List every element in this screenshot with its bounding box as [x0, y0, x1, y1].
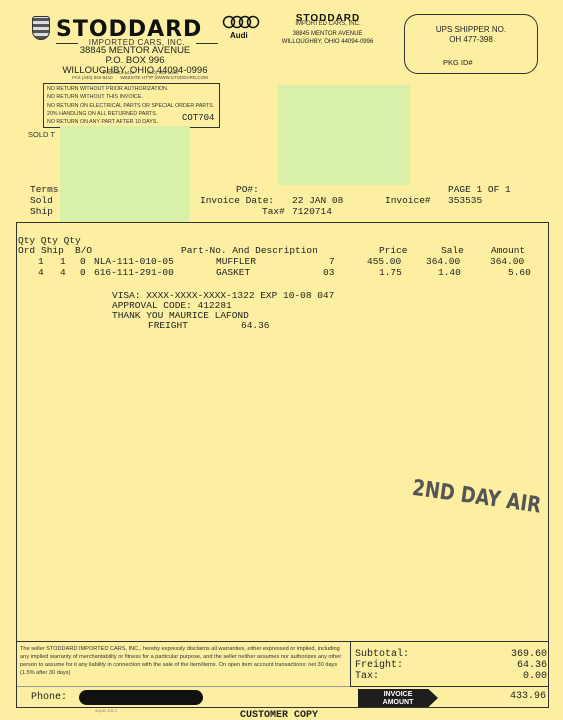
freight-note-label: FREIGHT [148, 321, 188, 331]
col-part-desc: Part-No. And Description [181, 246, 318, 256]
row-amount: 5.60 [508, 268, 531, 278]
redaction-note [278, 85, 410, 185]
row-price: 1.75 [379, 268, 402, 278]
footer-box: The seller STODDARD IMPORTED CARS, INC.,… [16, 641, 549, 708]
ups-title-line-1: UPS SHIPPER NO. [405, 25, 537, 35]
subtotal-label: Subtotal: [355, 649, 409, 660]
row-code: 7 [329, 257, 335, 267]
row-ord: 4 [38, 268, 44, 278]
ups-shipper-title: UPS SHIPPER NO. OH 477-398 [405, 25, 537, 45]
row-price: 455.00 [367, 257, 401, 267]
pkg-id-label: PKG ID# [443, 58, 473, 67]
shipper-subtitle: IMPORTED CARS, INC. [278, 21, 378, 27]
ship-label: Ship [30, 206, 59, 217]
freight-label: Freight: [355, 660, 403, 671]
website: WEBSITE HTTP://WWW.STODDARD.COM [120, 75, 208, 80]
tax-number: 7120714 [292, 206, 332, 217]
row-bo: 0 [80, 257, 86, 267]
freight-value: 64.36 [517, 660, 547, 671]
porsche-crest-icon [32, 16, 50, 40]
audi-label: Audi [230, 31, 248, 40]
row-code: 03 [323, 268, 334, 278]
policy-line: NO RETURN WITHOUT THIS INVOICE. [47, 93, 216, 101]
totals-block: Subtotal:369.60 Freight:64.36 Tax:0.00 [355, 649, 547, 682]
subtotal-row: Subtotal:369.60 [355, 649, 547, 660]
footer-divider [350, 642, 351, 686]
row-description: MUFFLER [216, 257, 256, 267]
row-ship: 4 [60, 268, 66, 278]
row-ord: 1 [38, 257, 44, 267]
row-sale: 1.40 [438, 268, 461, 278]
customer-copy-label: CUSTOMER COPY [240, 710, 318, 720]
header-labels: Terms Sold Ship [30, 184, 59, 217]
row-amount: 364.00 [490, 257, 524, 267]
tax-label: Tax# [262, 206, 285, 217]
invoice-number-label: Invoice# [385, 195, 431, 206]
policy-line: NO RETURN ON ELECTRICAL PARTS OR SPECIAL… [47, 102, 216, 110]
row-part-no: 616-111-291-00 [94, 268, 174, 278]
ups-shipper-number: OH 477-398 [405, 35, 537, 45]
tax-row: Tax:0.00 [355, 671, 547, 682]
page-indicator: PAGE 1 OF 1 [448, 184, 511, 195]
po-label: PO#: [236, 184, 259, 195]
invoice-amount-badge: INVOICE AMOUNT [358, 689, 438, 707]
col-ship: Ship [41, 246, 64, 256]
shipper-address-line-1: 38845 MENTOR AVENUE [270, 30, 385, 38]
line-items-box [16, 222, 549, 642]
phone-row: Phone: [17, 686, 350, 708]
tax-total-label: Tax: [355, 671, 379, 682]
freight-row: Freight:64.36 [355, 660, 547, 671]
terms-label: Terms [30, 184, 59, 195]
row-sale: 364.00 [426, 257, 460, 267]
invoice-amount-value: 433.96 [510, 691, 546, 702]
subtotal-value: 369.60 [511, 649, 547, 660]
sold-to-label: SOLD T [28, 130, 55, 139]
phone-redaction [79, 690, 203, 705]
ups-shipper-box: UPS SHIPPER NO. OH 477-398 PKG ID# [404, 14, 538, 74]
col-sale: Sale [441, 246, 464, 256]
sold-label: Sold [30, 195, 59, 206]
freight-note-value: 64.36 [241, 321, 270, 331]
company-contacts: 1-800-342-1414 (440) 951-1040 FAX (440) … [40, 70, 240, 80]
invoice-number: 353535 [448, 195, 482, 206]
invoice-badge-line-1: INVOICE [358, 691, 438, 699]
disclaimer-text: The seller STODDARD IMPORTED CARS, INC.,… [20, 645, 348, 677]
invoice-badge-line-2: AMOUNT [358, 699, 438, 707]
row-ship: 1 [60, 257, 66, 267]
col-amount: Amount [491, 246, 525, 256]
row-part-no: NLA-111-010-05 [94, 257, 174, 267]
tax-total-value: 0.00 [523, 671, 547, 682]
invoice-date: 22 JAN 08 [292, 195, 343, 206]
shipper-address-line-2: WILLOUGHBY, OHIO 44094-0996 [270, 38, 385, 46]
row-description: GASKET [216, 268, 250, 278]
policy-code: COT704 [182, 113, 214, 123]
invoice-amount-row: INVOICE AMOUNT 433.96 [350, 686, 549, 708]
col-bo: B/O [75, 246, 92, 256]
shipper-address: 38845 MENTOR AVENUE WILLOUGHBY, OHIO 440… [270, 30, 385, 46]
audi-rings-icon [222, 15, 260, 29]
col-price: Price [379, 246, 408, 256]
fax: FAX (440) 946-9410 [72, 75, 113, 80]
form-code: 4/1pt1.100.1 [95, 708, 117, 713]
phone-label: Phone: [31, 692, 67, 703]
row-bo: 0 [80, 268, 86, 278]
col-ord: Ord [18, 246, 35, 256]
invoice-date-label: Invoice Date: [200, 195, 274, 206]
redaction-note [60, 126, 190, 223]
policy-line: NO RETURN WITHOUT PRIOR AUTHORIZATION. [47, 85, 216, 93]
